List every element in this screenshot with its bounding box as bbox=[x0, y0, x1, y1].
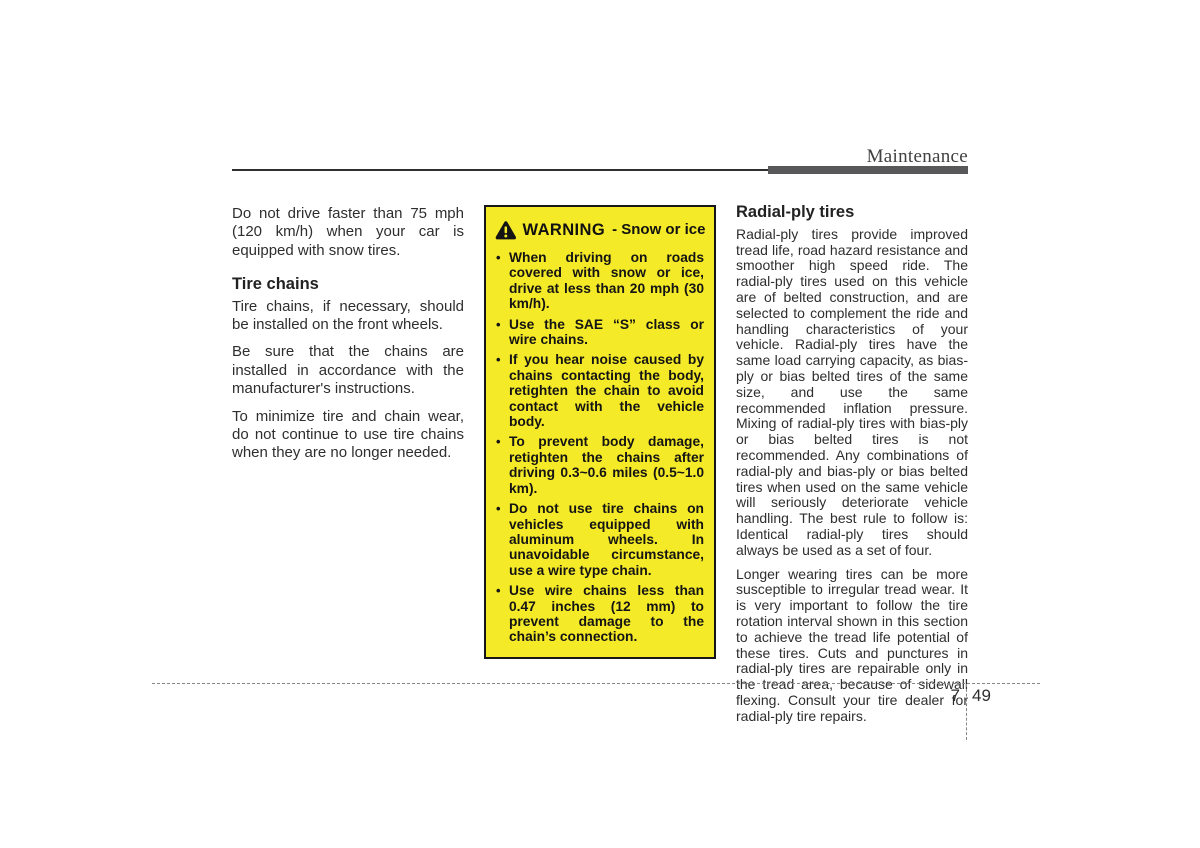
bullet-icon bbox=[496, 250, 509, 312]
warning-list-item: If you hear noise caused by chains conta… bbox=[496, 352, 704, 429]
warning-item-text: Use wire chains less than 0.47 inches (1… bbox=[509, 583, 704, 645]
warning-item-text: To prevent body damage, retighten the ch… bbox=[509, 434, 704, 496]
footer-dashed-line bbox=[152, 683, 1040, 684]
warning-list-item: Use the SAE “S” class or wire chains. bbox=[496, 317, 704, 348]
paragraph-tire-chains-3: To minimize tire and chain wear, do not … bbox=[232, 408, 464, 463]
warning-list-item: When driving on roads covered with snow … bbox=[496, 250, 704, 312]
footer-chapter-number: 7 bbox=[930, 686, 960, 706]
warning-box: WARNING - Snow or ice When driving on ro… bbox=[484, 205, 716, 659]
warning-list-item: Use wire chains less than 0.47 inches (1… bbox=[496, 583, 704, 645]
section-title: Maintenance bbox=[867, 146, 968, 168]
warning-item-text: Use the SAE “S” class or wire chains. bbox=[509, 317, 704, 348]
warning-item-text: When driving on roads covered with snow … bbox=[509, 250, 704, 312]
bullet-icon bbox=[496, 352, 509, 429]
bullet-icon bbox=[496, 501, 509, 578]
bullet-icon bbox=[496, 583, 509, 645]
manual-page: Maintenance Do not drive faster than 75 … bbox=[0, 0, 1200, 848]
bullet-icon bbox=[496, 434, 509, 496]
right-column: Radial-ply tires Radial-ply tires provid… bbox=[736, 205, 968, 733]
footer-divider-line bbox=[966, 684, 967, 740]
heading-tire-chains: Tire chains bbox=[232, 275, 464, 293]
paragraph-tire-chains-1: Tire chains, if necessary, should be ins… bbox=[232, 298, 464, 335]
warning-list-item: Do not use tire chains on vehicles equip… bbox=[496, 501, 704, 578]
warning-triangle-icon bbox=[495, 221, 516, 240]
paragraph-tire-chains-2: Be sure that the chains are installed in… bbox=[232, 343, 464, 398]
bullet-icon bbox=[496, 317, 509, 348]
paragraph-radial-1: Radial-ply tires provide improved tread … bbox=[736, 227, 968, 559]
left-column: Do not drive faster than 75 mph (120 km/… bbox=[232, 205, 464, 472]
header-rule-thick bbox=[768, 166, 968, 174]
paragraph-snow-tires: Do not drive faster than 75 mph (120 km/… bbox=[232, 205, 464, 260]
warning-list-item: To prevent body damage, retighten the ch… bbox=[496, 434, 704, 496]
middle-column: WARNING - Snow or ice When driving on ro… bbox=[484, 205, 716, 659]
warning-item-text: Do not use tire chains on vehicles equip… bbox=[509, 501, 704, 578]
warning-title-suffix: - Snow or ice bbox=[612, 221, 705, 239]
footer-page-number: 49 bbox=[972, 686, 991, 706]
warning-label: WARNING bbox=[523, 221, 606, 239]
content-columns: Do not drive faster than 75 mph (120 km/… bbox=[232, 205, 968, 733]
heading-radial-ply-tires: Radial-ply tires bbox=[736, 205, 968, 221]
warning-item-text: If you hear noise caused by chains conta… bbox=[509, 352, 704, 429]
warning-title: WARNING - Snow or ice bbox=[496, 221, 704, 240]
